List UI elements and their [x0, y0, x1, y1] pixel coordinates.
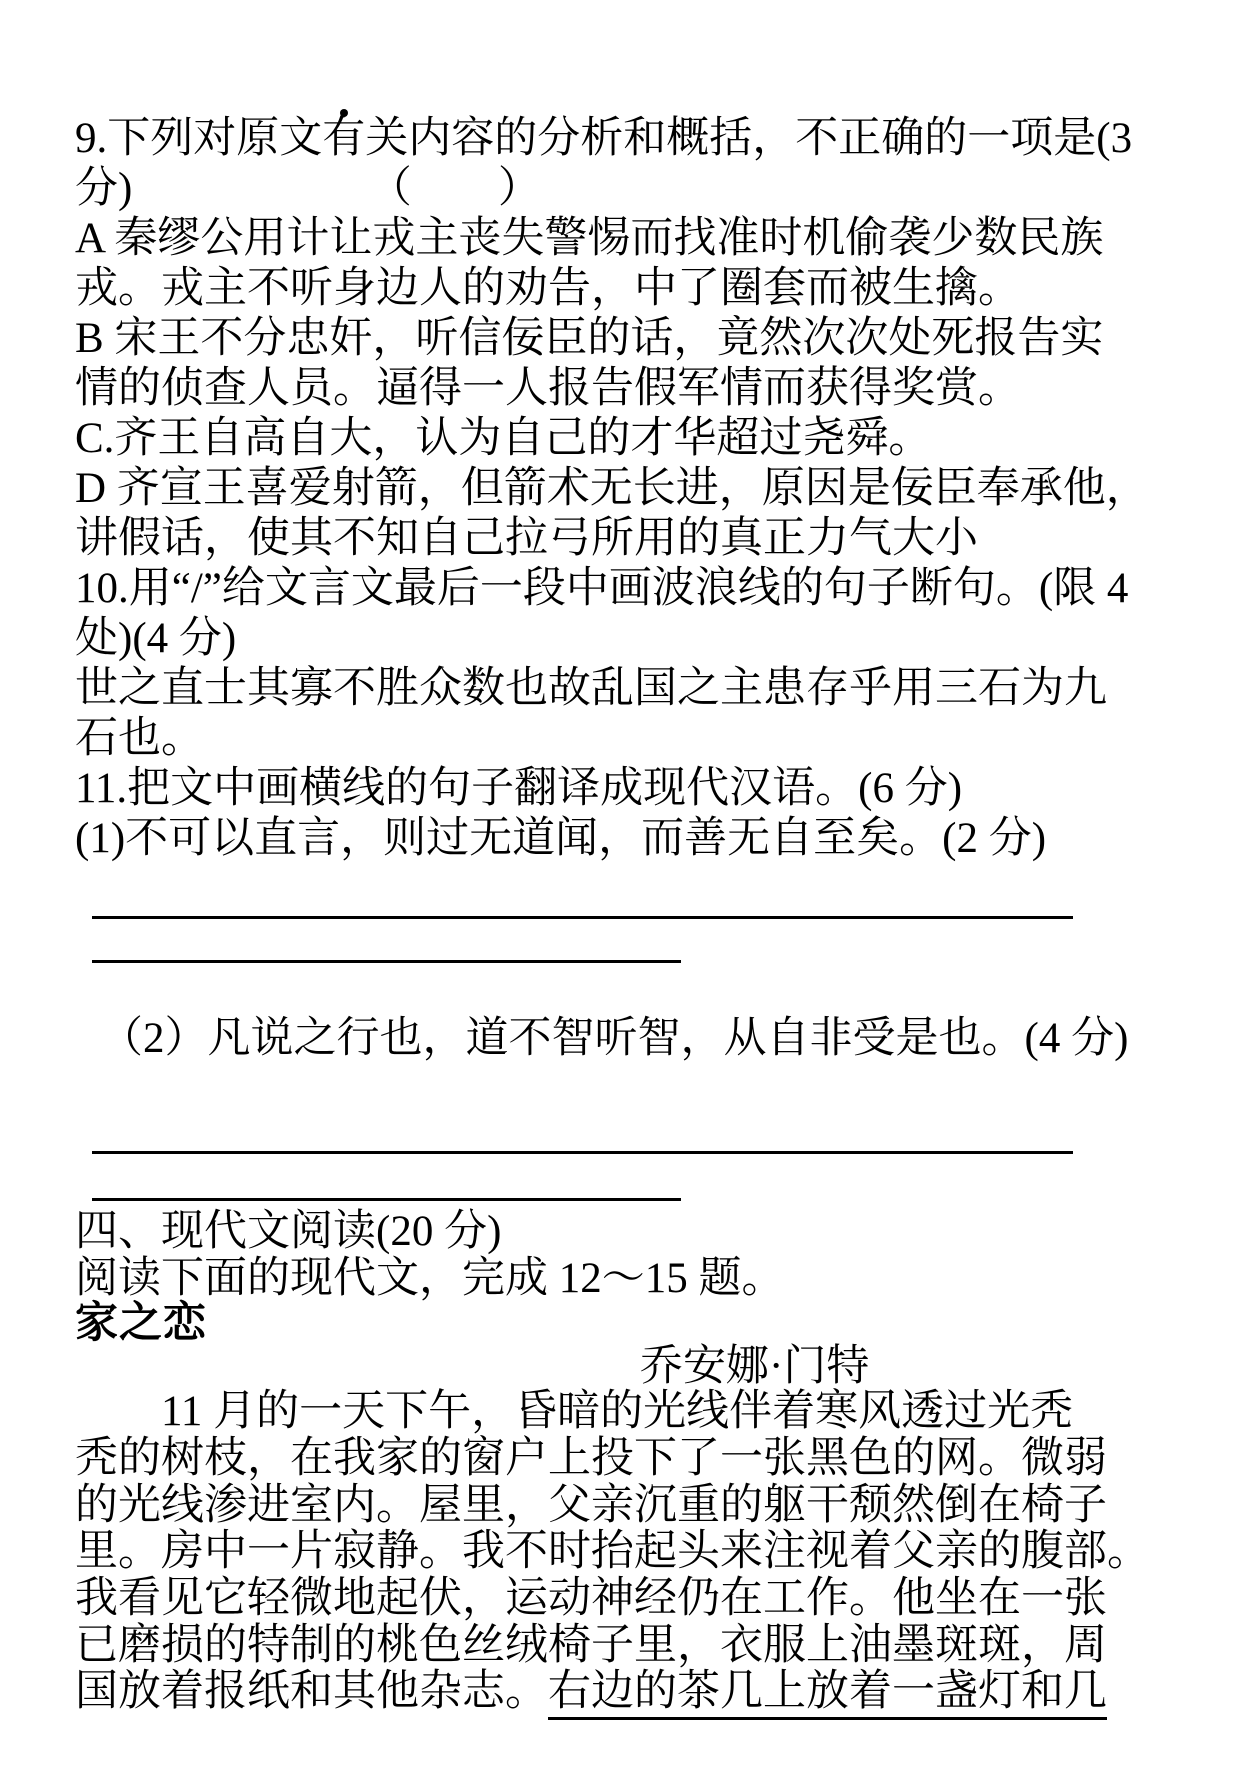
- essay-author: 乔安娜·门特: [640, 1342, 1260, 1392]
- q10-stem-line-1: 10.用“/”给文言文最后一段中画波浪线的句子断句。(限 4: [75, 564, 1205, 614]
- q10-stem-line-2: 处)(4 分): [75, 614, 1205, 664]
- q9-option-a-line-1: A 秦缪公用计让戎主丧失警惕而找准时机偷袭少数民族: [75, 214, 1205, 264]
- q9-stem-line-1: 9.下列对原文有关内容的分析和概括，不正确的一项是(3: [75, 114, 1205, 164]
- q9-emphasized-char: 有: [322, 114, 365, 164]
- q11-stem: 11.把文中画横线的句子翻译成现代汉语。(6 分): [75, 764, 1205, 814]
- q9-stem-line-2: 分) （ ）: [75, 164, 1205, 214]
- q9-option-a-line-2: 戎。戎主不听身边人的劝告，中了圈套而被生擒。: [75, 264, 1205, 314]
- q9-option-d-line-1: D 齐宣王喜爱射箭，但箭术无长进，原因是佞臣奉承他，: [75, 464, 1205, 514]
- q11-part2: （2）凡说之行也，道不智听智，从自非受是也。(4 分): [75, 1014, 1230, 1064]
- q10-passage-line-1: 世之直士其寡不胜众数也故乱国之主患存乎用三石为九: [75, 664, 1205, 714]
- q9-stem-post: 关内容的分析和概括，不正确的一项是(3: [365, 115, 1132, 162]
- q9-option-b-line-1: B 宋王不分忠奸，听信佞臣的话，竟然次次处死报告实: [75, 314, 1205, 364]
- essay-title: 家之恋: [75, 1298, 1205, 1348]
- answer-blank-line-1: [92, 916, 1073, 919]
- essay-para-line-4: 里。房中一片寂静。我不时抬起头来注视着父亲的腹部。: [75, 1528, 1205, 1575]
- q9-option-d-line-2: 讲假话，使其不知自己拉弓所用的真正力气大小: [75, 514, 1205, 564]
- q11-part1: (1)不可以直言，则过无道闻，而善无自至矣。(2 分): [75, 814, 1205, 864]
- answer-blank-line-3: [92, 1151, 1073, 1154]
- exam-paper-page: 9.下列对原文有关内容的分析和概括，不正确的一项是(3 分) （ ） A 秦缪公…: [0, 0, 1260, 1792]
- essay-para-line-6: 已磨损的特制的桃色丝绒椅子里，衣服上油墨斑斑，周: [75, 1622, 1205, 1669]
- q9-option-b-line-2: 情的侦查人员。逼得一人报告假军情而获得奖赏。: [75, 364, 1205, 414]
- essay-para-line-5: 我看见它轻微地起伏，运动神经仍在工作。他坐在一张: [75, 1575, 1205, 1622]
- answer-blank-line-4: [92, 1198, 681, 1201]
- essay-para-line-1: 11 月的一天下午，昏暗的光线伴着寒风透过光秃: [75, 1388, 1205, 1435]
- section4-heading: 四、现代文阅读(20 分): [75, 1207, 1205, 1257]
- q9-stem-pre: 9.下列对原文: [75, 115, 322, 162]
- q10-passage-line-2: 石也。: [75, 714, 1205, 764]
- section4-instruction: 阅读下面的现代文，完成 12～15 题。: [75, 1254, 1205, 1304]
- answer-blank-line-2: [92, 960, 681, 963]
- essay-para-line-7: 国放着报纸和其他杂志。右边的茶几上放着一盏灯和几: [75, 1668, 1205, 1715]
- essay-para-line-2: 秃的树枝，在我家的窗户上投下了一张黑色的网。微弱: [75, 1435, 1205, 1482]
- q9-option-c-line-1: C.齐王自高自大，认为自己的才华超过尧舜。: [75, 414, 1205, 464]
- essay-para-line-7-underlined-sentence: 右边的茶几上放着一盏灯和几: [548, 1668, 1107, 1720]
- essay-para-line-3: 的光线渗进室内。屋里，父亲沉重的躯干颓然倒在椅子: [75, 1482, 1205, 1529]
- essay-para-line-7-pre: 国放着报纸和其他杂志。: [75, 1668, 548, 1715]
